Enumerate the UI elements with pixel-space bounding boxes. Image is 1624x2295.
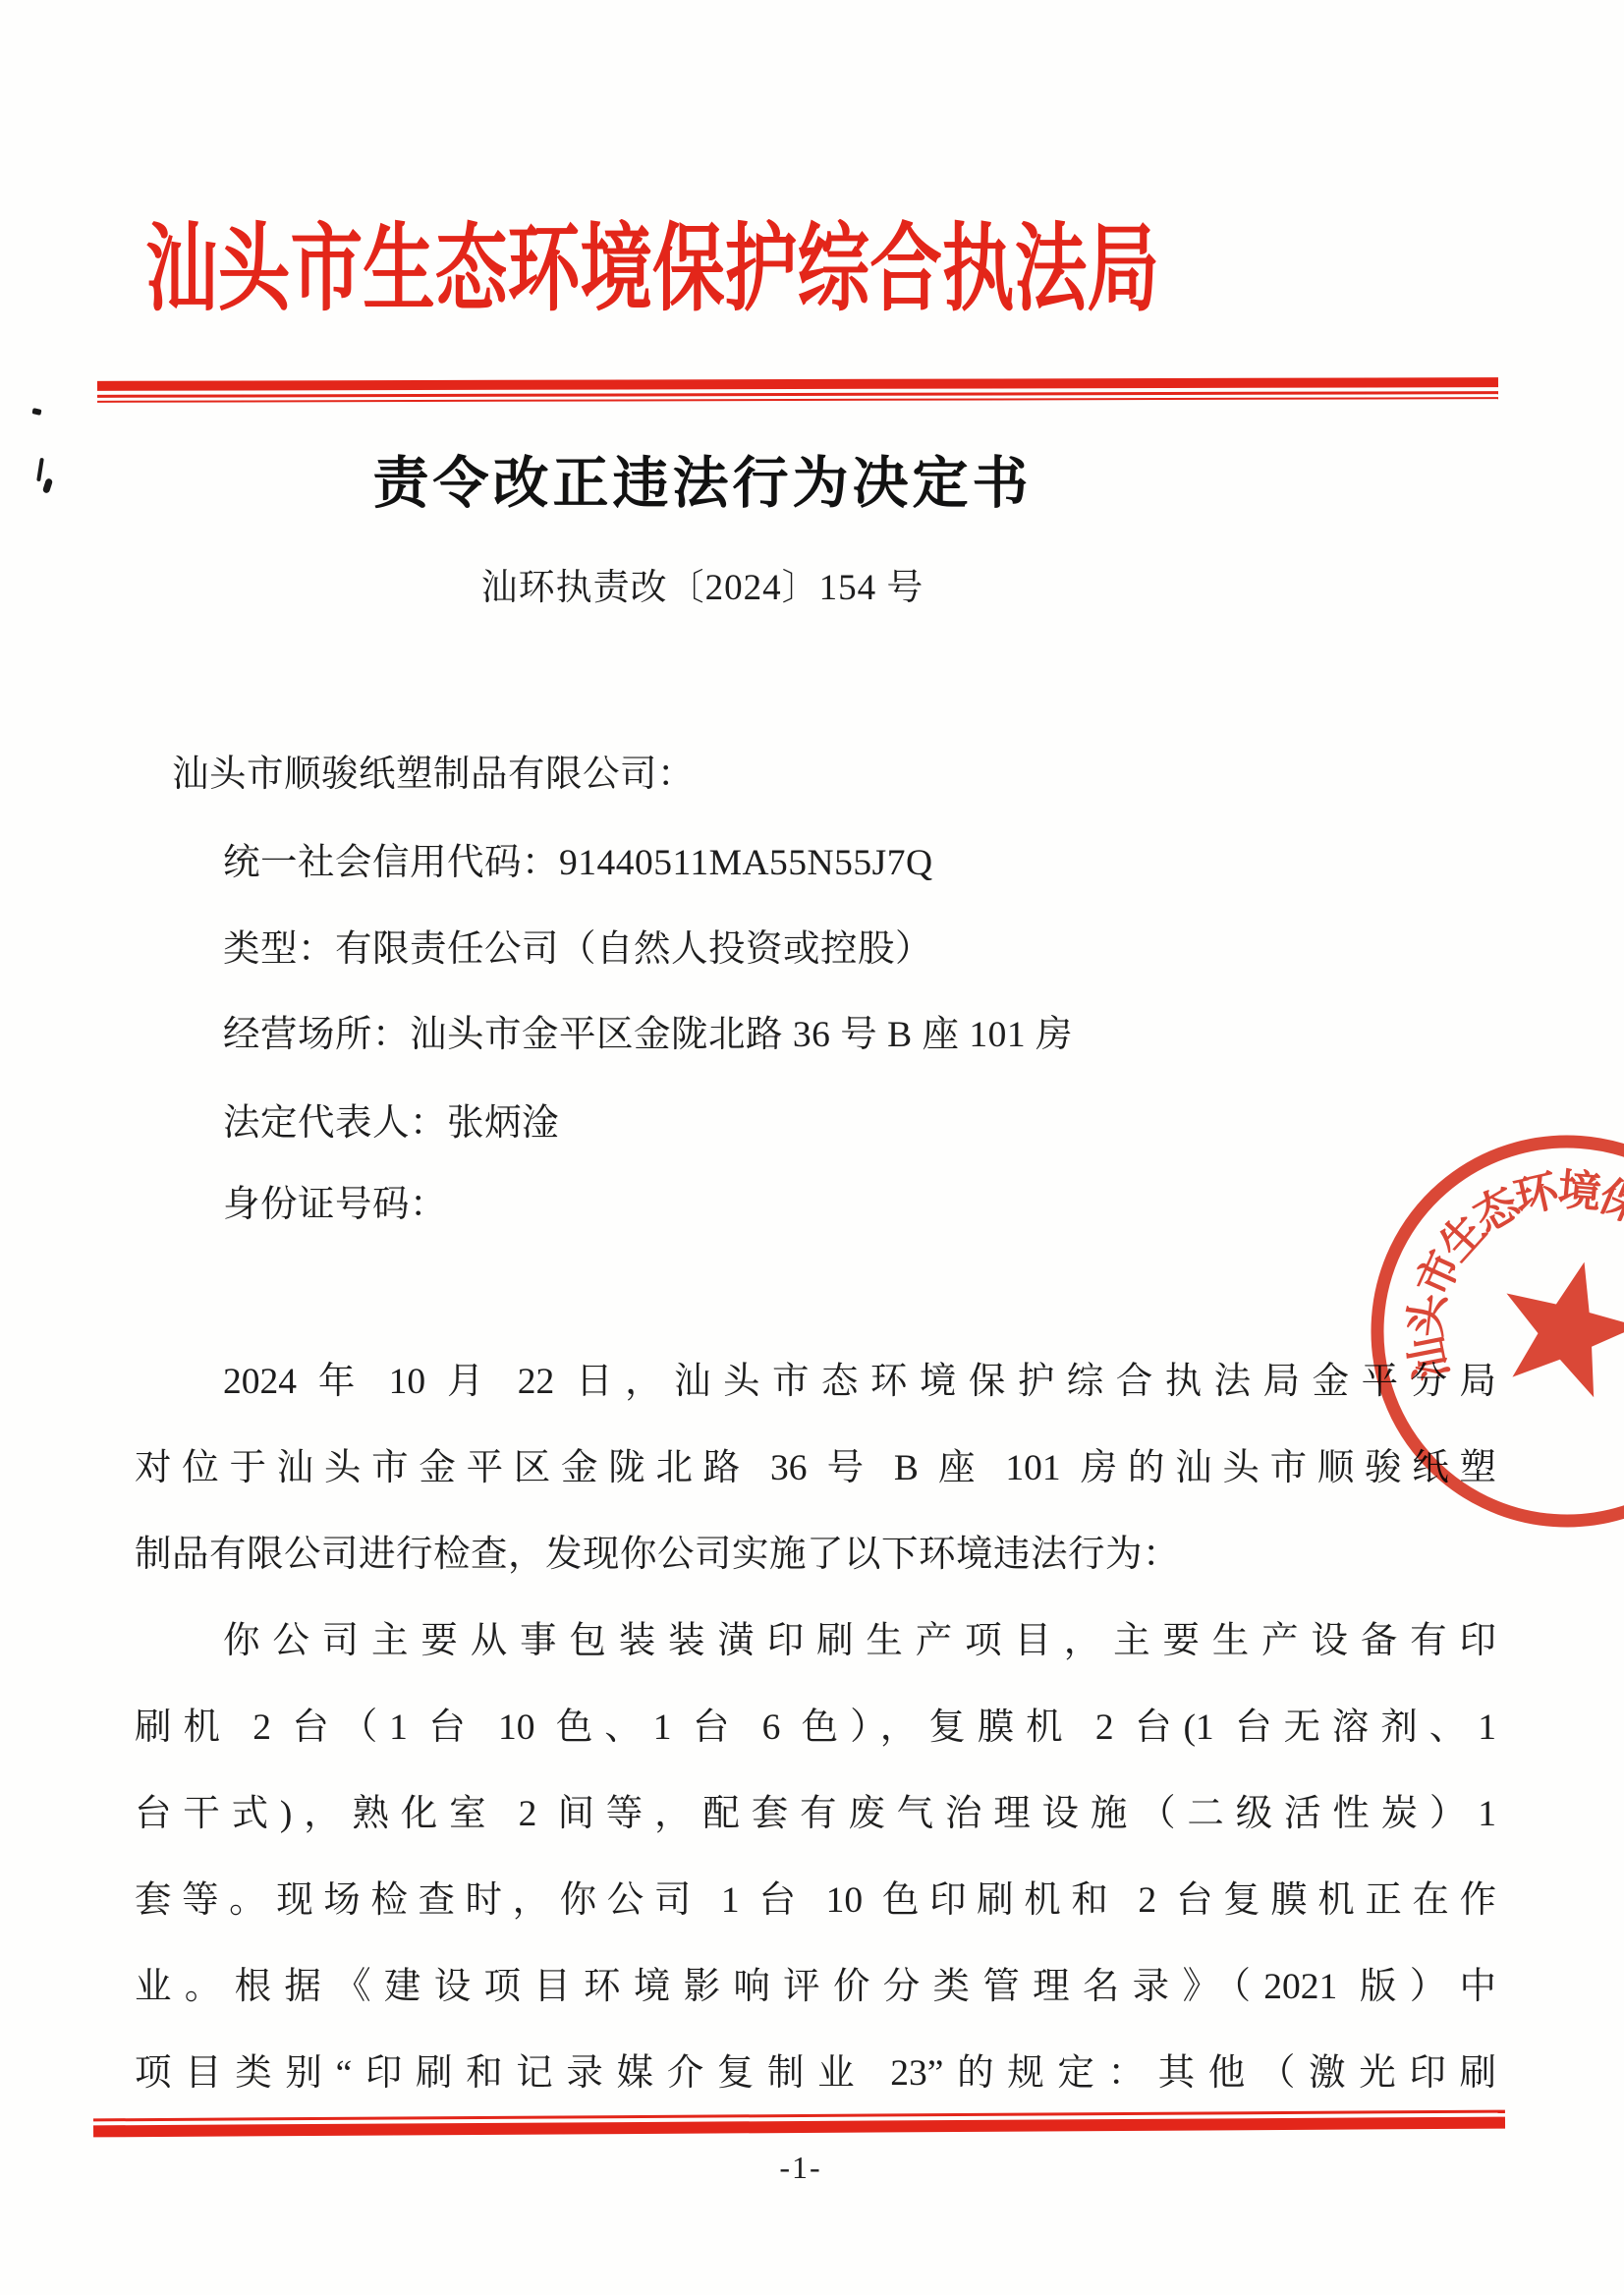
seal-star-icon: [1487, 1246, 1624, 1404]
recipient-address: 经营场所：汕头市金平区金陇北路 36 号 B 座 101 房: [223, 1014, 1073, 1057]
page-number: -1-: [0, 2150, 1601, 2186]
recipient-credit-code: 统一社会信用代码：91440511MA55N55J7Q: [223, 842, 933, 885]
doc-title: 责令改正违法行为决定书: [0, 454, 1405, 516]
body-line: 项目类别“印刷和记录媒介复制业 23”的规定：其他（激光印刷: [135, 2052, 1496, 2096]
recipient-id-number: 身份证号码：: [223, 1184, 447, 1227]
doc-number: 汕环执责改〔2024〕154 号: [0, 557, 1405, 610]
body-line: 2024 年 10 月 22 日，汕头市态环境保护综合执法局金平分局: [223, 1361, 1496, 1404]
document-page: 汕头市生态环境保护综合执法局 责令改正违法行为决定书 汕环执责改〔2024〕15…: [0, 0, 1624, 2295]
agency-title: 汕头市生态环境保护综合执法局: [145, 222, 1159, 317]
body-line: 对位于汕头市金平区金陇北路 36 号 B 座 101 房的汕头市顺骏纸塑: [135, 1447, 1496, 1490]
body-line: 台干式)，熟化室 2 间等，配套有废气治理设施（二级活性炭）1: [135, 1793, 1496, 1836]
header-separator: [97, 377, 1498, 403]
body-line: 刷机 2 台（1 台 10 色、1 台 6 色），复膜机 2 台(1 台无溶剂、…: [135, 1707, 1496, 1750]
body-line: 套等。现场检查时，你公司 1 台 10 色印刷机和 2 台复膜机正在作: [135, 1879, 1496, 1923]
scan-artifact: [31, 408, 41, 416]
recipient-company: 汕头市顺骏纸塑制品有限公司：: [172, 754, 695, 797]
recipient-legal-rep: 法定代表人：张炳淦: [223, 1102, 559, 1146]
footer-separator: [93, 2110, 1505, 2138]
recipient-type: 类型：有限责任公司（自然人投资或控股）: [223, 928, 932, 972]
official-seal: 汕头市生态环境保护综合执法局: [1371, 1128, 1624, 1560]
body-line: 制品有限公司进行检查，发现你公司实施了以下环境违法行为：: [135, 1534, 1180, 1577]
body-line: 你公司主要从事包装装潢印刷生产项目，主要生产设备有印: [223, 1620, 1496, 1663]
body-line: 业。根据《建设项目环境影响评价分类管理名录》（2021 版）中: [135, 1966, 1496, 2009]
